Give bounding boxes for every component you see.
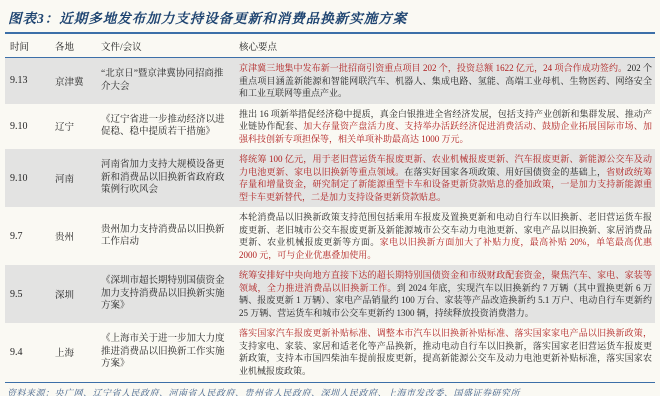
- table-row: 9.13 京津冀 “北京日”暨京津冀协同招商推介大会 京津冀三地集中发布新一批招…: [5, 58, 655, 104]
- core-point-highlight: 落实国家汽车报废更新补贴标准、调整本市汽车以旧换新补贴标准、落实国家家电产品以旧…: [239, 328, 652, 338]
- source-section: 资料来源：央广网、辽宁省人民政府、河南省人民政府、贵州省人民政府、深圳人民政府、…: [5, 382, 655, 396]
- core-cell: 落实国家汽车报废更新补贴标准、调整本市汽车以旧换新补贴标准、落实国家家电产品以旧…: [239, 327, 655, 377]
- table-row: 9.10 河南 河南省加力支持大规模设备更新和消费品以旧换新省政府政策例行吹风会…: [5, 149, 655, 207]
- header-doc: 文件/会议: [99, 39, 239, 53]
- core-cell: 本轮消费品以旧换新政策支持范围包括乘用车报废及置换更新和电动自行车以旧换新、老旧…: [239, 211, 655, 261]
- report-figure-page: 图表3：近期多地发布加力支持设备更新和消费品换新实施方案 时间 各地 文件/会议…: [0, 0, 660, 396]
- source-text: 资料来源：央广网、辽宁省人民政府、河南省人民政府、贵州省人民政府、深圳人民政府、…: [7, 386, 653, 396]
- header-region: 各地: [51, 39, 99, 53]
- region-cell: 京津冀: [51, 74, 99, 88]
- doc-cell: 河南省加力支持大规模设备更新和消费品以旧换新省政府政策例行吹风会: [99, 159, 239, 197]
- date-cell: 9.5: [5, 289, 51, 300]
- date-cell: 9.13: [5, 75, 51, 86]
- table-row: 9.7 贵州 贵州加力支持消费品以旧换新工作启动 本轮消费品以旧换新政策支持范围…: [5, 207, 655, 265]
- header-time: 时间: [5, 39, 51, 53]
- date-cell: 9.10: [5, 121, 51, 132]
- table-row: 9.5 深圳 《深圳市超长期特别国债资金加力支持消费品以旧换新实施方案》 统筹安…: [5, 265, 655, 323]
- doc-cell: 贵州加力支持消费品以旧换新工作启动: [99, 224, 239, 249]
- region-cell: 深圳: [51, 287, 99, 301]
- doc-cell: 《辽宁省进一步推动经济以进促稳、稳中提质若干措施》: [99, 114, 239, 139]
- core-cell: 京津冀三地集中发布新一批招商引资重点项目 202 个，投资总额 1622 亿元，…: [239, 62, 655, 100]
- region-cell: 贵州: [51, 229, 99, 243]
- doc-cell: “北京日”暨京津冀协同招商推介大会: [99, 68, 239, 93]
- header-core: 核心要点: [239, 39, 655, 53]
- table-row: 9.4 上海 《上海市关于进一步加大力度推进消费品以旧换新工作实施方案》 落实国…: [5, 323, 655, 381]
- region-cell: 辽宁: [51, 119, 99, 133]
- core-cell: 统筹安排好中央向地方直接下达的超长期特别国债资金和市级财政配套资金，聚焦汽车、家…: [239, 269, 655, 319]
- core-point: 支持家电、家装、家居和适老化等产品换新，推动电动自行车以旧换新，落实国家老旧营运…: [239, 341, 652, 376]
- core-point: 在落实好国家各项政策、用好国债资金的基础上，: [404, 167, 606, 177]
- date-cell: 9.10: [5, 173, 51, 184]
- core-cell: 将统筹 100 亿元，用于老旧营运货车报废更新、农业机械报废更新、汽车报废更新、…: [239, 153, 655, 203]
- doc-cell: 《深圳市超长期特别国债资金加力支持消费品以旧换新实施方案》: [99, 275, 239, 313]
- figure-title: 图表3：近期多地发布加力支持设备更新和消费品换新实施方案: [5, 0, 655, 32]
- date-cell: 9.7: [5, 231, 51, 242]
- doc-cell: 《上海市关于进一步加大力度推进消费品以旧换新工作实施方案》: [99, 333, 239, 371]
- table-row: 9.10 辽宁 《辽宁省进一步推动经济以进促稳、稳中提质若干措施》 推出 16 …: [5, 104, 655, 150]
- core-point-highlight: 京津冀三地集中发布新一批招商引资重点项目 202 个，投资总额 1622 亿元，…: [239, 63, 627, 73]
- region-cell: 河南: [51, 171, 99, 185]
- table-body: 9.13 京津冀 “北京日”暨京津冀协同招商推介大会 京津冀三地集中发布新一批招…: [5, 58, 655, 381]
- region-cell: 上海: [51, 345, 99, 359]
- date-cell: 9.4: [5, 347, 51, 358]
- core-cell: 推出 16 项新举措促经济稳中提质，真金白银推进全省经济发展，包括支持产业创新和…: [239, 108, 655, 146]
- table-header-row: 时间 各地 文件/会议 核心要点: [5, 34, 655, 58]
